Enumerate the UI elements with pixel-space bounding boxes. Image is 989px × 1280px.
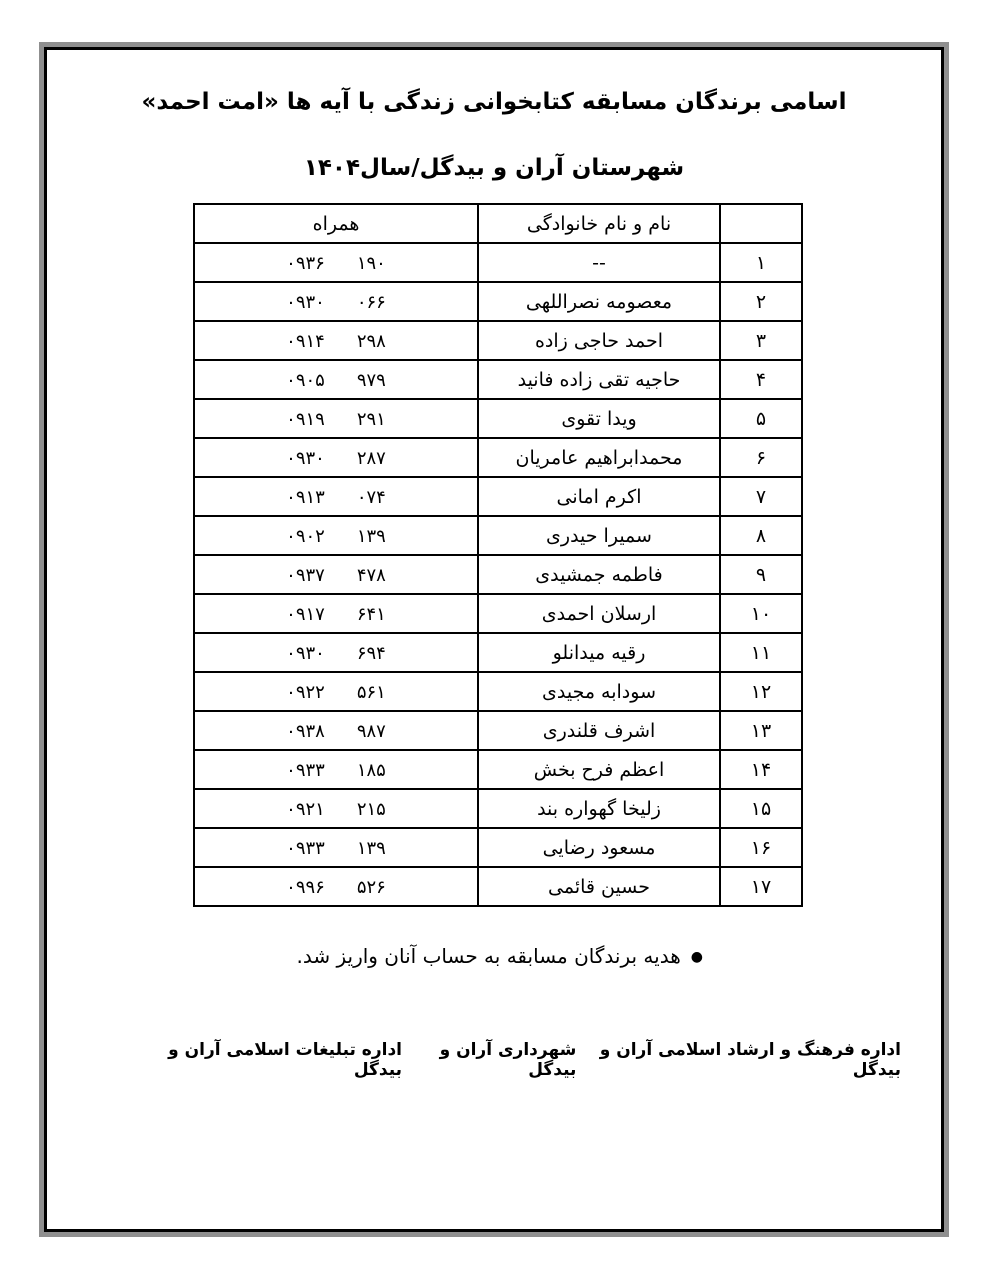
winner-name-cell: مسعود رضایی (478, 828, 720, 867)
mobile-suffix: ۰۷۴ (357, 487, 386, 508)
mobile-number: ۰۹۳۳ ۱۸۵ (286, 760, 386, 781)
winner-name-cell: ویدا تقوی (478, 399, 720, 438)
mobile-suffix: ۲۹۸ (357, 331, 386, 352)
mobile-cell: ۰۹۲۲ ۵۶۱ (194, 672, 478, 711)
mobile-cell: ۰۹۳۰ ۲۸۷ (194, 438, 478, 477)
table-row: ۱۱ رقیه میدانلو ۰۹۳۰ ۶۹۴ (194, 633, 802, 672)
mobile-number: ۰۹۱۷ ۶۴۱ (286, 604, 386, 625)
prize-note: ●هدیه برندگان مسابقه به حساب آنان واریز … (47, 943, 941, 970)
table-row: ۱۳ اشرف قلندری ۰۹۳۸ ۹۸۷ (194, 711, 802, 750)
mobile-prefix: ۰۹۳۸ (286, 721, 325, 742)
mobile-cell: ۰۹۱۹ ۲۹۱ (194, 399, 478, 438)
table-body: ۱ -- ۰۹۳۶ ۱۹۰ ۲ معصومه نصراللهی ۰۹۳۰ ۰۶۶ (194, 243, 802, 906)
row-number-cell: ۹ (720, 555, 802, 594)
mobile-cell: ۰۹۱۴ ۲۹۸ (194, 321, 478, 360)
header-full-name: نام و نام خانوادگی (478, 204, 720, 243)
mobile-suffix: ۱۳۹ (357, 838, 386, 859)
mobile-prefix: ۰۹۱۳ (286, 487, 325, 508)
mobile-cell: ۰۹۰۲ ۱۳۹ (194, 516, 478, 555)
mobile-number: ۰۹۳۰ ۶۹۴ (286, 643, 386, 664)
winner-name-cell: فاطمه جمشیدی (478, 555, 720, 594)
mobile-cell: ۰۹۳۷ ۴۷۸ (194, 555, 478, 594)
winner-name-cell: محمدابراهیم عامریان (478, 438, 720, 477)
mobile-number: ۰۹۳۷ ۴۷۸ (286, 565, 386, 586)
row-number-cell: ۳ (720, 321, 802, 360)
row-number-cell: ۱۵ (720, 789, 802, 828)
mobile-prefix: ۰۹۳۰ (286, 292, 325, 313)
bullet-icon: ● (691, 949, 703, 965)
winner-name-cell: رقیه میدانلو (478, 633, 720, 672)
mobile-prefix: ۰۹۳۷ (286, 565, 325, 586)
document-title: اسامی برندگان مسابقه کتابخوانی زندگی با … (47, 86, 941, 118)
winner-name-cell: اشرف قلندری (478, 711, 720, 750)
winner-name-cell: ارسلان احمدی (478, 594, 720, 633)
table-row: ۴ حاجیه تقی زاده فانید ۰۹۰۵ ۹۷۹ (194, 360, 802, 399)
mobile-prefix: ۰۹۰۵ (286, 370, 325, 391)
mobile-number: ۰۹۱۹ ۲۹۱ (286, 409, 386, 430)
mobile-number: ۰۹۲۲ ۵۶۱ (286, 682, 386, 703)
mobile-number: ۰۹۲۱ ۲۱۵ (286, 799, 386, 820)
row-number-cell: ۸ (720, 516, 802, 555)
winners-table: نام و نام خانوادگی همراه ۱ -- ۰۹۳۶ ۱۹۰ ۲… (193, 203, 803, 907)
table-row: ۱۲ سودابه مجیدی ۰۹۲۲ ۵۶۱ (194, 672, 802, 711)
mobile-prefix: ۰۹۳۳ (286, 760, 325, 781)
mobile-cell: ۰۹۹۶ ۵۲۶ (194, 867, 478, 906)
table-row: ۵ ویدا تقوی ۰۹۱۹ ۲۹۱ (194, 399, 802, 438)
mobile-cell: ۰۹۳۳ ۱۸۵ (194, 750, 478, 789)
winner-name-cell: -- (478, 243, 720, 282)
mobile-number: ۰۹۳۰ ۲۸۷ (286, 448, 386, 469)
mobile-cell: ۰۹۳۳ ۱۳۹ (194, 828, 478, 867)
row-number-cell: ۴ (720, 360, 802, 399)
mobile-number: ۰۹۳۸ ۹۸۷ (286, 721, 386, 742)
mobile-cell: ۰۹۱۳ ۰۷۴ (194, 477, 478, 516)
mobile-number: ۰۹۹۶ ۵۲۶ (286, 877, 386, 898)
table-row: ۱۷ حسین قائمی ۰۹۹۶ ۵۲۶ (194, 867, 802, 906)
mobile-suffix: ۵۲۶ (357, 877, 386, 898)
footer-organizations: اداره فرهنگ و ارشاد اسلامی آران و بیدگل … (47, 1040, 941, 1080)
row-number-cell: ۷ (720, 477, 802, 516)
table-row: ۶ محمدابراهیم عامریان ۰۹۳۰ ۲۸۷ (194, 438, 802, 477)
mobile-prefix: ۰۹۳۰ (286, 448, 325, 469)
mobile-cell: ۰۹۳۶ ۱۹۰ (194, 243, 478, 282)
mobile-number: ۰۹۱۴ ۲۹۸ (286, 331, 386, 352)
row-number-cell: ۵ (720, 399, 802, 438)
header-row-number (720, 204, 802, 243)
mobile-cell: ۰۹۲۱ ۲۱۵ (194, 789, 478, 828)
row-number-cell: ۶ (720, 438, 802, 477)
mobile-number: ۰۹۳۶ ۱۹۰ (286, 253, 386, 274)
row-number-cell: ۱۲ (720, 672, 802, 711)
mobile-cell: ۰۹۳۸ ۹۸۷ (194, 711, 478, 750)
winner-name-cell: احمد حاجی زاده (478, 321, 720, 360)
row-number-cell: ۱۰ (720, 594, 802, 633)
table-row: ۷ اکرم امانی ۰۹۱۳ ۰۷۴ (194, 477, 802, 516)
winner-name-cell: زلیخا گهواره بند (478, 789, 720, 828)
mobile-suffix: ۶۹۴ (357, 643, 386, 664)
row-number-cell: ۱ (720, 243, 802, 282)
mobile-prefix: ۰۹۲۲ (286, 682, 325, 703)
mobile-suffix: ۲۸۷ (357, 448, 386, 469)
row-number-cell: ۲ (720, 282, 802, 321)
table-row: ۸ سمیرا حیدری ۰۹۰۲ ۱۳۹ (194, 516, 802, 555)
mobile-prefix: ۰۹۱۴ (286, 331, 325, 352)
mobile-cell: ۰۹۳۰ ۶۹۴ (194, 633, 478, 672)
table-row: ۲ معصومه نصراللهی ۰۹۳۰ ۰۶۶ (194, 282, 802, 321)
winner-name-cell: حاجیه تقی زاده فانید (478, 360, 720, 399)
winner-name-cell: سمیرا حیدری (478, 516, 720, 555)
mobile-suffix: ۱۹۰ (357, 253, 386, 274)
table-row: ۱ -- ۰۹۳۶ ۱۹۰ (194, 243, 802, 282)
mobile-suffix: ۰۶۶ (357, 292, 386, 313)
mobile-suffix: ۱۳۹ (357, 526, 386, 547)
mobile-prefix: ۰۹۰۲ (286, 526, 325, 547)
footer-org-islamic-propagation-office: اداره تبلیغات اسلامی آران و بیدگل (139, 1040, 402, 1080)
table-row: ۳ احمد حاجی زاده ۰۹۱۴ ۲۹۸ (194, 321, 802, 360)
footer-org-culture-office: اداره فرهنگ و ارشاد اسلامی آران و بیدگل (576, 1040, 901, 1080)
row-number-cell: ۱۷ (720, 867, 802, 906)
row-number-cell: ۱۶ (720, 828, 802, 867)
winner-name-cell: سودابه مجیدی (478, 672, 720, 711)
mobile-number: ۰۹۰۵ ۹۷۹ (286, 370, 386, 391)
table-row: ۱۵ زلیخا گهواره بند ۰۹۲۱ ۲۱۵ (194, 789, 802, 828)
winner-name-cell: اکرم امانی (478, 477, 720, 516)
mobile-suffix: ۹۸۷ (357, 721, 386, 742)
page-border-frame: اسامی برندگان مسابقه کتابخوانی زندگی با … (44, 47, 944, 1232)
header-mobile: همراه (194, 204, 478, 243)
mobile-number: ۰۹۳۳ ۱۳۹ (286, 838, 386, 859)
winner-name-cell: معصومه نصراللهی (478, 282, 720, 321)
table-row: ۱۰ ارسلان احمدی ۰۹۱۷ ۶۴۱ (194, 594, 802, 633)
mobile-prefix: ۰۹۹۶ (286, 877, 325, 898)
mobile-prefix: ۰۹۳۶ (286, 253, 325, 274)
mobile-suffix: ۱۸۵ (357, 760, 386, 781)
mobile-suffix: ۲۹۱ (357, 409, 386, 430)
mobile-prefix: ۰۹۳۰ (286, 643, 325, 664)
row-number-cell: ۱۱ (720, 633, 802, 672)
mobile-suffix: ۴۷۸ (357, 565, 386, 586)
winner-name-cell: حسین قائمی (478, 867, 720, 906)
mobile-prefix: ۰۹۱۷ (286, 604, 325, 625)
row-number-cell: ۱۳ (720, 711, 802, 750)
mobile-prefix: ۰۹۲۱ (286, 799, 325, 820)
mobile-suffix: ۲۱۵ (357, 799, 386, 820)
document-page: اسامی برندگان مسابقه کتابخوانی زندگی با … (0, 0, 989, 1280)
mobile-suffix: ۹۷۹ (357, 370, 386, 391)
table-row: ۱۴ اعظم فرح بخش ۰۹۳۳ ۱۸۵ (194, 750, 802, 789)
footer-org-municipality: شهرداری آران و بیدگل (402, 1040, 576, 1080)
mobile-cell: ۰۹۱۷ ۶۴۱ (194, 594, 478, 633)
row-number-cell: ۱۴ (720, 750, 802, 789)
table-header-row: نام و نام خانوادگی همراه (194, 204, 802, 243)
document-subtitle: شهرستان آران و بیدگل/سال۱۴۰۴ (47, 152, 941, 184)
table-row: ۱۶ مسعود رضایی ۰۹۳۳ ۱۳۹ (194, 828, 802, 867)
mobile-number: ۰۹۳۰ ۰۶۶ (286, 292, 386, 313)
mobile-suffix: ۶۴۱ (357, 604, 386, 625)
prize-note-text: هدیه برندگان مسابقه به حساب آنان واریز ش… (297, 944, 681, 968)
winner-name-cell: اعظم فرح بخش (478, 750, 720, 789)
mobile-cell: ۰۹۰۵ ۹۷۹ (194, 360, 478, 399)
mobile-number: ۰۹۰۲ ۱۳۹ (286, 526, 386, 547)
mobile-suffix: ۵۶۱ (357, 682, 386, 703)
mobile-prefix: ۰۹۳۳ (286, 838, 325, 859)
mobile-cell: ۰۹۳۰ ۰۶۶ (194, 282, 478, 321)
mobile-number: ۰۹۱۳ ۰۷۴ (286, 487, 386, 508)
mobile-prefix: ۰۹۱۹ (286, 409, 325, 430)
table-row: ۹ فاطمه جمشیدی ۰۹۳۷ ۴۷۸ (194, 555, 802, 594)
